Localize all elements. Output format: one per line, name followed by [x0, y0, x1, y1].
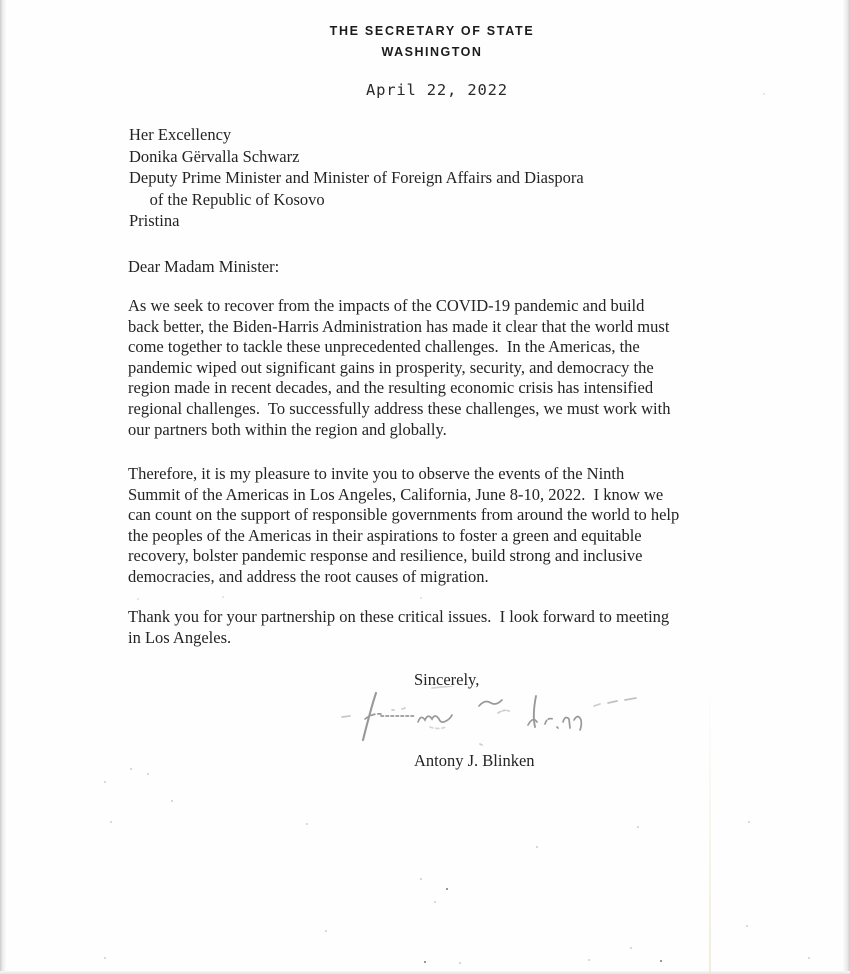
body-paragraph-2: Therefore, it is my pleasure to invite y… — [128, 464, 768, 588]
scan-speck — [104, 781, 106, 783]
scan-speck — [110, 821, 112, 823]
scan-crease — [709, 680, 711, 974]
scan-speck — [459, 962, 461, 964]
signer-name: Antony J. Blinken — [414, 751, 535, 771]
letterhead-title: THE SECRETARY OF STATE — [0, 24, 850, 38]
recipient-address-block: Her Excellency Donika Gërvalla Schwarz D… — [129, 124, 584, 232]
scan-speck — [147, 773, 149, 775]
letterhead: THE SECRETARY OF STATE WASHINGTON — [0, 24, 850, 59]
scan-speck — [446, 888, 448, 890]
scan-speck — [637, 826, 639, 828]
scan-speck — [325, 930, 327, 932]
scan-speck — [130, 768, 132, 770]
scan-speck — [660, 960, 662, 962]
scan-speck — [808, 957, 810, 959]
scan-speck — [137, 598, 139, 600]
scan-speck — [420, 597, 422, 599]
scan-speck — [171, 800, 173, 802]
scan-speck — [536, 846, 538, 848]
scan-speck — [424, 961, 426, 963]
scan-speck — [748, 821, 750, 823]
scan-speck — [434, 901, 436, 903]
body-paragraph-1: As we seek to recover from the impacts o… — [128, 296, 768, 440]
scan-speck — [746, 925, 748, 927]
scan-speck — [104, 957, 106, 959]
letter-date: April 22, 2022 — [366, 81, 508, 99]
body-paragraph-3: Thank you for your partnership on these … — [128, 607, 768, 648]
scan-edge-left — [0, 0, 6, 974]
scan-speck — [222, 596, 224, 598]
scan-speck — [588, 959, 590, 961]
handwritten-signature-icon — [332, 686, 662, 751]
scanned-letter-page: THE SECRETARY OF STATE WASHINGTON April … — [0, 0, 850, 974]
scan-speck — [763, 93, 765, 95]
scan-edge-right — [843, 0, 850, 974]
scan-speck — [306, 823, 308, 825]
salutation: Dear Madam Minister: — [128, 257, 279, 277]
letterhead-city: WASHINGTON — [0, 45, 850, 59]
scan-speck — [630, 947, 632, 949]
scan-speck — [420, 878, 422, 880]
